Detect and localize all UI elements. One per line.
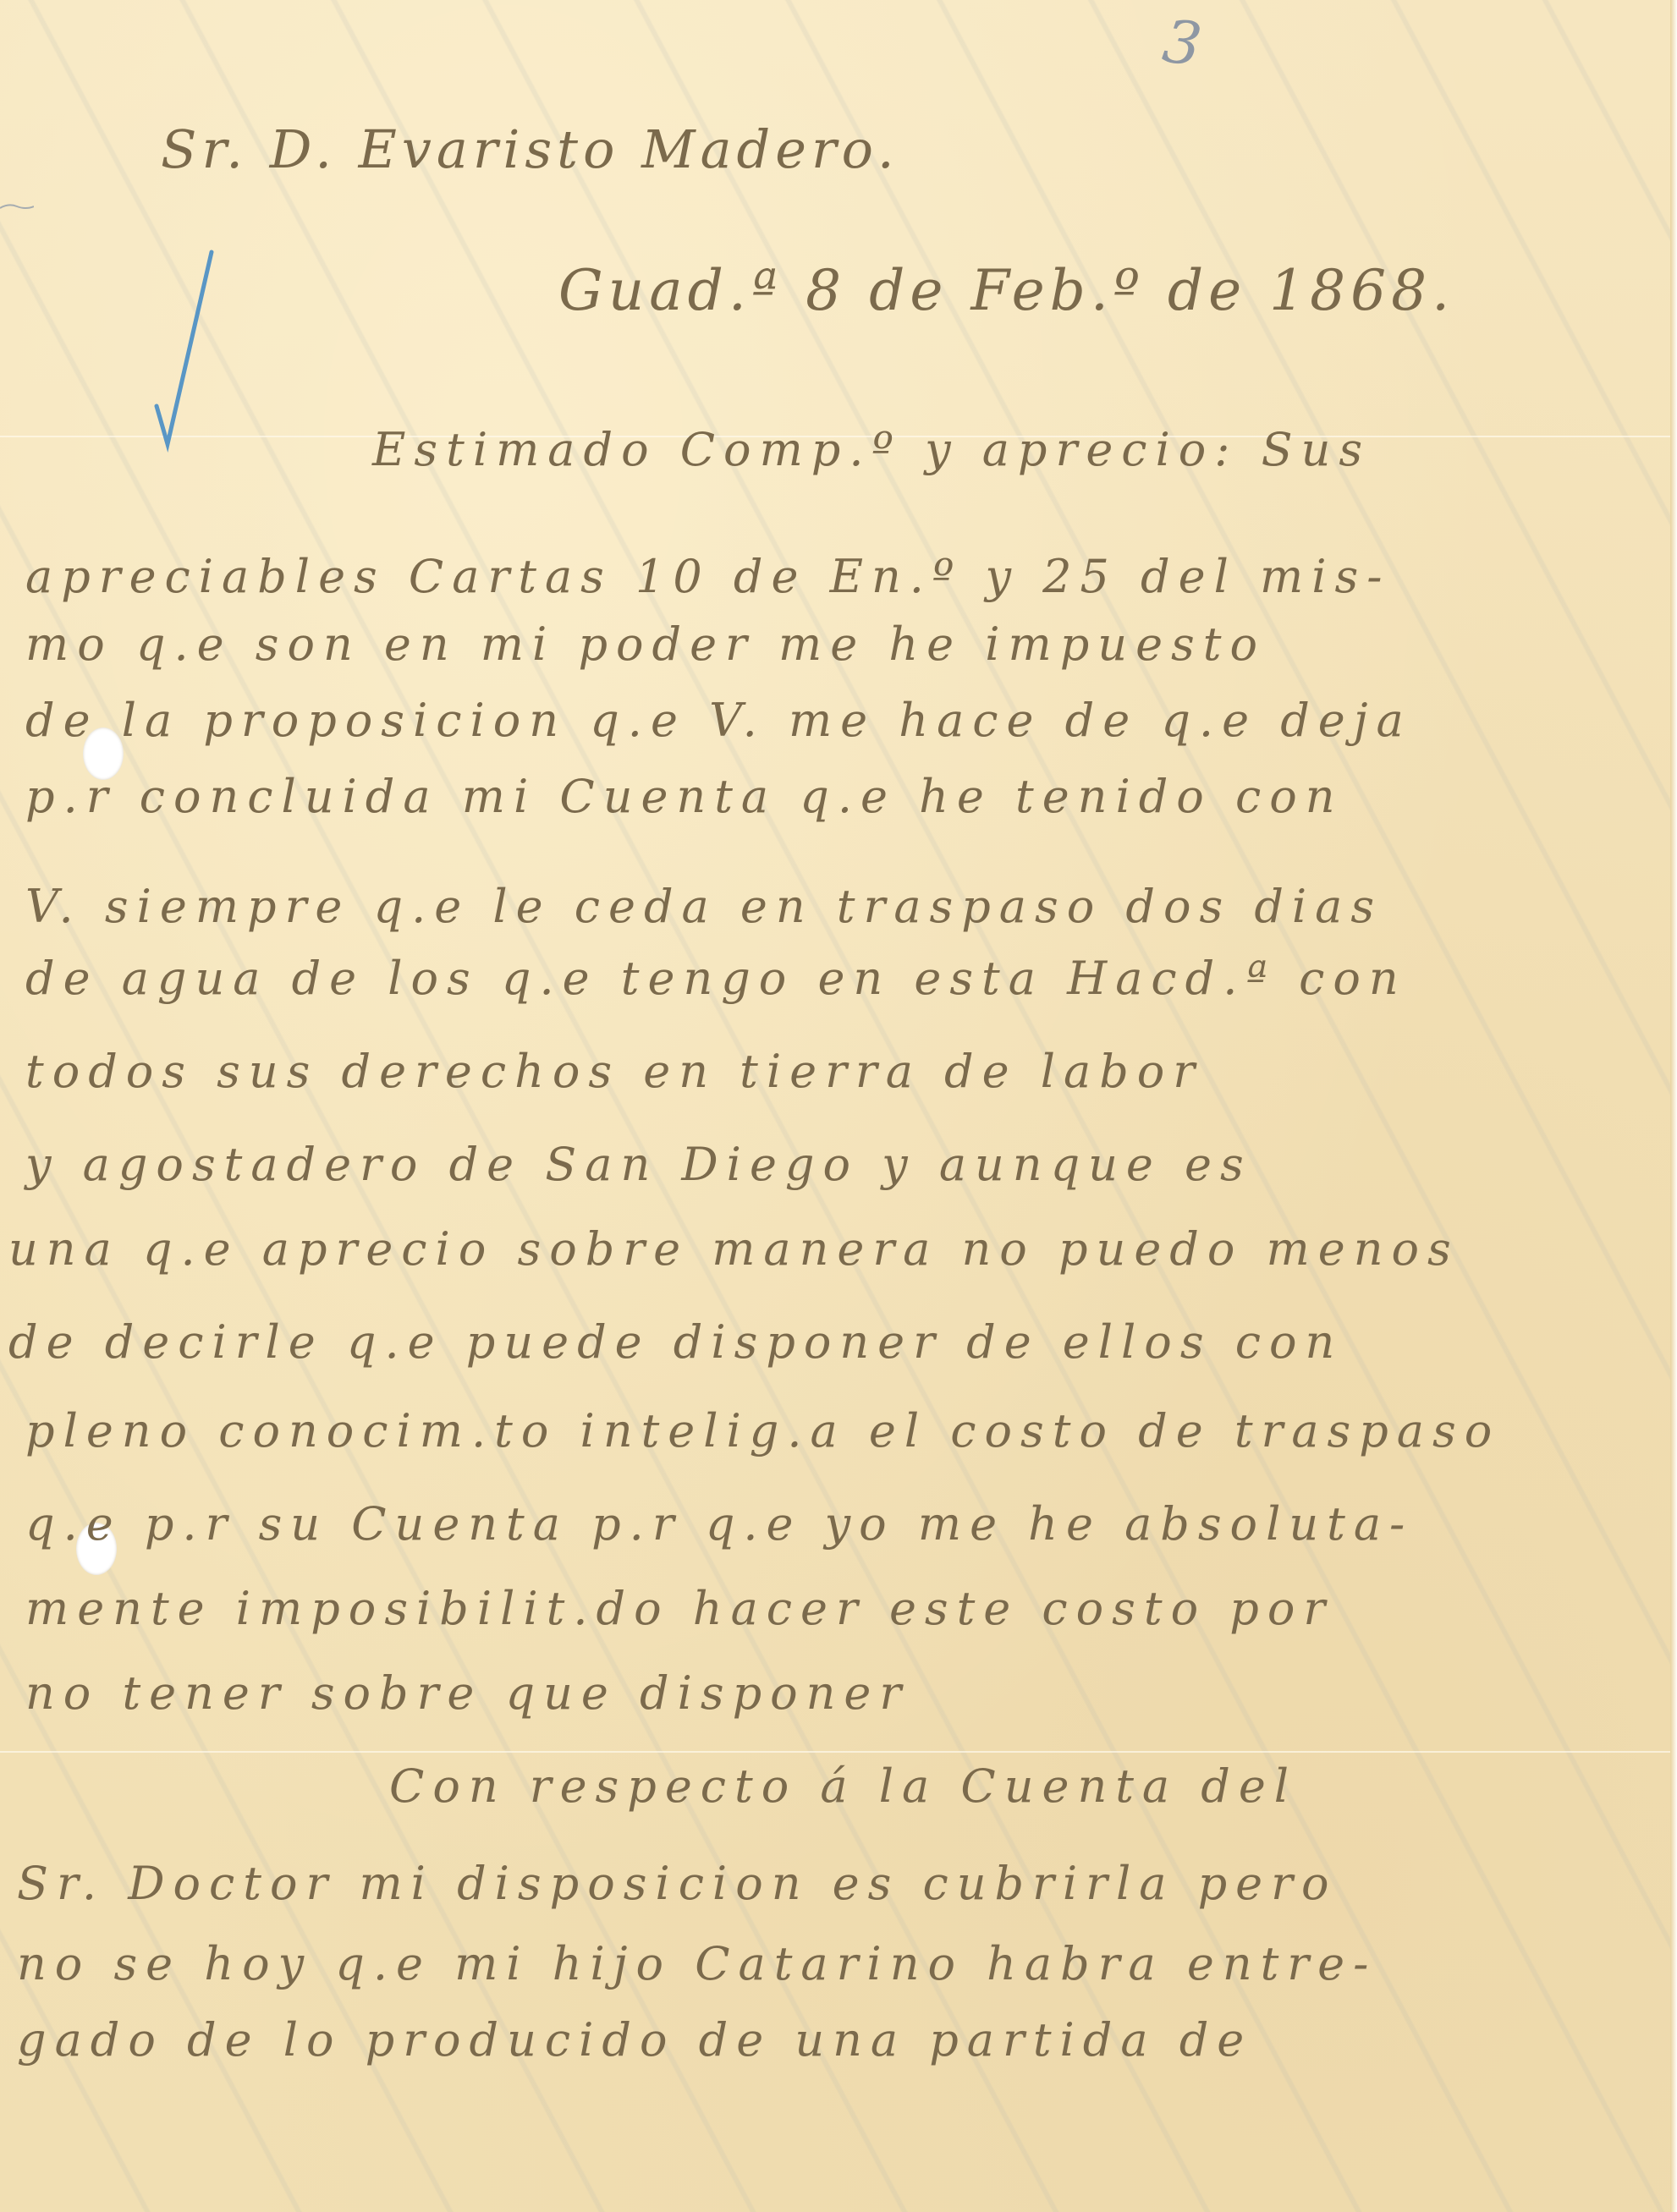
body-line-6: V. siempre q.e le ceda en traspaso dos d… [25, 880, 1383, 933]
ink-smudge [0, 201, 34, 211]
fold-line [0, 1751, 1677, 1753]
body-line-7: de agua de los q.e tengo en esta Hacd.ª … [25, 952, 1407, 1005]
body-line-2: apreciables Cartas 10 de En.º y 25 del m… [25, 550, 1390, 603]
addressee-line: Sr. D. Evaristo Madero. [161, 118, 899, 180]
body-line-14: mente imposibilit.do hacer este costo po… [25, 1582, 1333, 1635]
body-line-16: Con respecto á la Cuenta del [389, 1759, 1297, 1813]
body-line-9: y agostadero de San Diego y aunque es [25, 1138, 1252, 1191]
body-line-13: q.e p.r su Cuenta p.r q.e yo me he absol… [25, 1497, 1413, 1551]
blue-check-mark-icon [152, 237, 254, 457]
body-line-3: mo q.e son en mi poder me he impuesto [25, 617, 1266, 671]
body-line-17: Sr. Doctor mi disposicion es cubrirla pe… [17, 1857, 1337, 1910]
body-line-18: no se hoy q.e mi hijo Catarino habra ent… [17, 1937, 1377, 1990]
body-line-4: de la proposicion q.e V. me hace de q.e … [25, 694, 1412, 747]
body-line-5: p.r concluida mi Cuenta q.e he tenido co… [25, 770, 1344, 823]
letter-page: 3 Sr. D. Evaristo Madero. Guad.ª 8 de Fe… [0, 0, 1677, 2212]
body-line-12: pleno conocim.to intelig.a el costo de t… [25, 1404, 1500, 1457]
page-number-pencil: 3 [1159, 6, 1207, 80]
body-line-10: una q.e aprecio sobre manera no puedo me… [8, 1222, 1460, 1276]
place-date-line: Guad.ª 8 de Feb.º de 1868. [558, 258, 1454, 323]
body-line-1: Estimado Comp.º y aprecio: Sus [372, 423, 1371, 476]
paper-edge [1670, 0, 1677, 2212]
body-line-11: de decirle q.e puede disponer de ellos c… [8, 1315, 1343, 1369]
body-line-8: todos sus derechos en tierra de labor [25, 1045, 1203, 1098]
body-line-19: gado de lo producido de una partida de [17, 2013, 1252, 2067]
body-line-15: no tener sobre que disponer [25, 1666, 910, 1720]
